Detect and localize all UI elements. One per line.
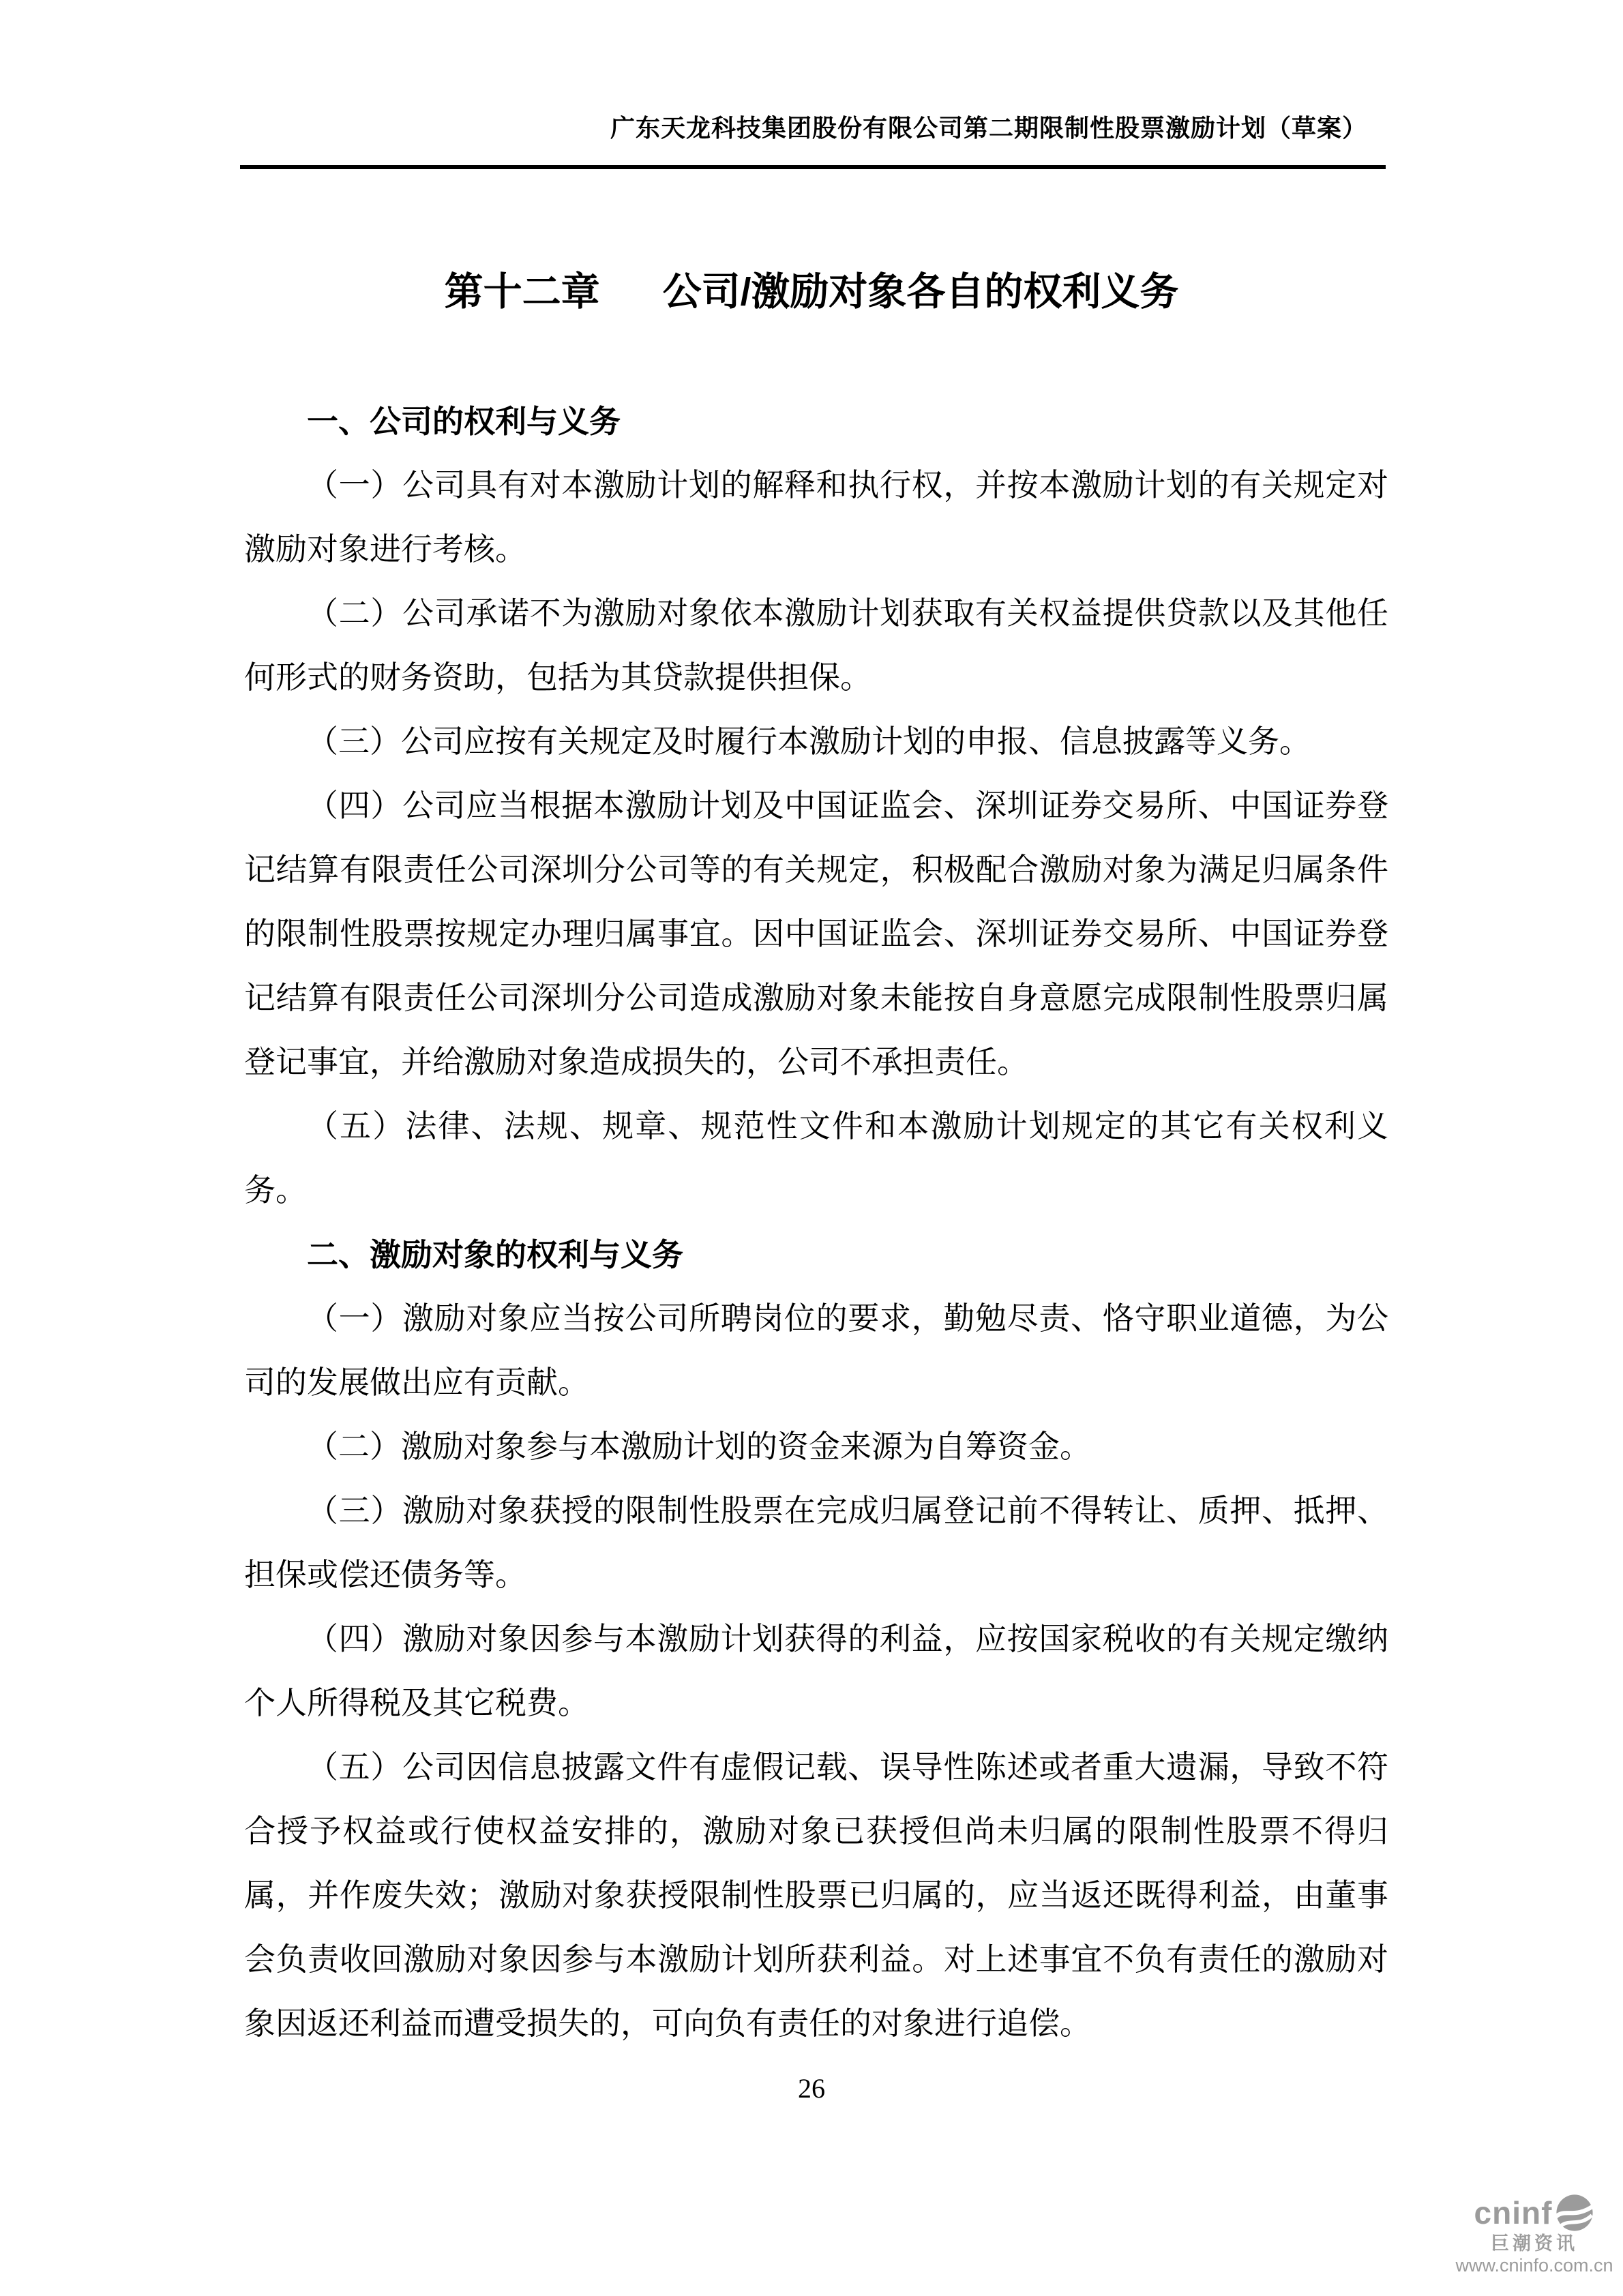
cninfo-logo-row: cninf (1454, 2193, 1615, 2233)
paragraph: （四）公司应当根据本激励计划及中国证监会、深圳证券交易所、中国证券登记结算有限责… (244, 774, 1388, 1094)
cninfo-logo: cninf 巨潮资讯 www.cninfo.com.cn (1454, 2193, 1615, 2276)
section-heading-company: 一、公司的权利与义务 (244, 389, 1388, 453)
cninfo-wordmark: cninf (1474, 2193, 1553, 2233)
paragraph: （二）公司承诺不为激励对象依本激励计划获取有关权益提供贷款以及其他任何形式的财务… (244, 582, 1388, 710)
section-heading-incentive-targets: 二、激励对象的权利与义务 (244, 1223, 1388, 1287)
paragraph: （一）公司具有对本激励计划的解释和执行权，并按本激励计划的有关规定对激励对象进行… (244, 453, 1388, 582)
cninfo-globe-icon (1555, 2193, 1594, 2233)
paragraph: （五）公司因信息披露文件有虚假记载、误导性陈述或者重大遗漏，导致不符合授予权益或… (244, 1735, 1388, 2056)
chapter-name: 公司/激励对象各自的权利义务 (663, 270, 1179, 314)
paragraph: （二）激励对象参与本激励计划的资金来源为自筹资金。 (244, 1415, 1388, 1479)
chapter-title: 第十二章公司/激励对象各自的权利义务 (239, 270, 1384, 314)
page-number: 26 (0, 2073, 1623, 2104)
paragraph: （五）法律、法规、规章、规范性文件和本激励计划规定的其它有关权利义务。 (244, 1094, 1388, 1223)
paragraph: （一）激励对象应当按公司所聘岗位的要求，勤勉尽责、恪守职业道德，为公司的发展做出… (244, 1287, 1388, 1415)
running-header-title: 广东天龙科技集团股份有限公司第二期限制性股票激励计划（草案） (610, 115, 1367, 142)
header-divider (240, 165, 1386, 169)
chapter-number: 第十二章 (445, 270, 600, 314)
document-page: 广东天龙科技集团股份有限公司第二期限制性股票激励计划（草案） 第十二章公司/激励… (0, 0, 1623, 2296)
paragraph: （三）激励对象获授的限制性股票在完成归属登记前不得转让、质押、抵押、担保或偿还债… (244, 1479, 1388, 1607)
paragraph: （三）公司应按有关规定及时履行本激励计划的申报、信息披露等义务。 (244, 710, 1388, 774)
document-body: 一、公司的权利与义务 （一）公司具有对本激励计划的解释和执行权，并按本激励计划的… (244, 389, 1388, 2056)
cninfo-chinese-name: 巨潮资讯 (1454, 2233, 1615, 2254)
paragraph: （四）激励对象因参与本激励计划获得的利益，应按国家税收的有关规定缴纳个人所得税及… (244, 1607, 1388, 1735)
cninfo-website-url: www.cninfo.com.cn (1454, 2255, 1615, 2276)
